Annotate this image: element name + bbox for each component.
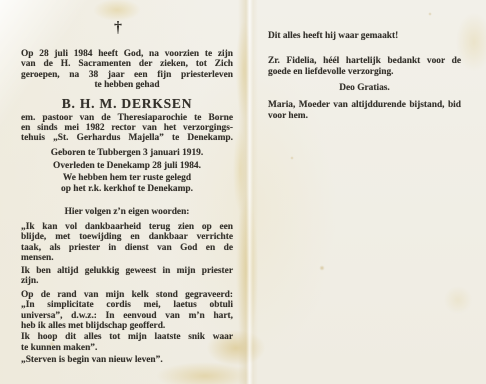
birth-line: Geboren te Tubbergen 3 januari 1919. bbox=[21, 148, 233, 158]
right-page-text-column: Dit alles heeft hij waar gemaakt! Zr. Fi… bbox=[268, 0, 461, 121]
quote-line: Op de rand van mijn kelk stond gegraveer… bbox=[21, 290, 233, 300]
burial-line: We hebben hem ter ruste gelegd bbox=[21, 173, 233, 183]
quote-closing-line: „Sterven is begin van nieuw leven”. bbox=[21, 355, 233, 365]
role-line: en sinds mei 1982 rector van het verzorg… bbox=[21, 123, 233, 133]
maria-paragraph: Maria, Moeder van altijddurende bijstand… bbox=[268, 100, 461, 121]
intro-paragraph: Op 28 juli 1984 heeft God, na voorzien t… bbox=[21, 49, 233, 91]
quote-line: Ik hoop dit alles tot mijn laatste snik … bbox=[21, 332, 233, 342]
thanks-line: goede en liefdevolle verzorging. bbox=[268, 67, 461, 77]
quote-gratitude-paragraph: „Ik kan vol dankbaarheid terug zien op e… bbox=[21, 222, 233, 264]
intro-line: Op 28 juli 1984 heeft God, na voorzien t… bbox=[21, 49, 233, 59]
role-line: em. pastoor van de Theresiaparochie te B… bbox=[21, 113, 233, 123]
death-line: Overleden te Denekamp 28 juli 1984. bbox=[21, 161, 233, 171]
intro-line: geroepen, na 38 jaar een fijn priesterle… bbox=[21, 70, 233, 80]
quote-line: heb ik alles met blijdschap geofferd. bbox=[21, 321, 233, 331]
intro-line: te hebben gehad bbox=[21, 80, 233, 90]
left-page-text-column: † Op 28 juli 1984 heeft God, na voorzien… bbox=[21, 0, 233, 365]
deceased-name: B. H. M. DERKSEN bbox=[21, 96, 233, 111]
quote-line: universa”, d.w.z.: In eenvoud van m’n ha… bbox=[21, 311, 233, 321]
thanks-paragraph: Zr. Fidelia, héél hartelijk bedankt voor… bbox=[268, 56, 461, 77]
quote-line: zijn. bbox=[21, 276, 233, 286]
thanks-line: Zr. Fidelia, héél hartelijk bedankt voor… bbox=[268, 56, 461, 66]
memorial-card-scan: † Op 28 juli 1984 heeft God, na voorzien… bbox=[0, 0, 486, 384]
quote-line: te kunnen maken”. bbox=[21, 343, 233, 353]
quote-line: Ik ben altijd gelukkig geweest in mijn p… bbox=[21, 266, 233, 276]
left-page: † Op 28 juli 1984 heeft God, na voorzien… bbox=[0, 0, 247, 384]
quote-line: mensen. bbox=[21, 253, 233, 263]
quote-line: „Ik kan vol dankbaarheid terug zien op e… bbox=[21, 222, 233, 232]
quote-line: taak, als priester in dienst van God en … bbox=[21, 243, 233, 253]
intro-line: van de H. Sacramenten der zieken, tot Zi… bbox=[21, 59, 233, 69]
quote-happy-paragraph: Ik ben altijd gelukkig geweest in mijn p… bbox=[21, 266, 233, 287]
cross-icon: † bbox=[12, 16, 224, 40]
burial-paragraph: We hebben hem ter ruste gelegd op het r.… bbox=[21, 173, 233, 194]
maria-line: Maria, Moeder van altijddurende bijstand… bbox=[268, 100, 461, 110]
role-paragraph: em. pastoor van de Theresiaparochie te B… bbox=[21, 113, 233, 144]
quote-chalice-paragraph: Op de rand van mijn kelk stond gegraveer… bbox=[21, 290, 233, 332]
maria-line: voor hem. bbox=[268, 111, 461, 121]
burial-line: op het r.k. kerkhof te Denekamp. bbox=[21, 184, 233, 194]
own-words-heading: Hier volgen z’n eigen woorden: bbox=[21, 207, 233, 217]
quote-hope-paragraph: Ik hoop dit alles tot mijn laatste snik … bbox=[21, 332, 233, 353]
fulfilled-line: Dit alles heeft hij waar gemaakt! bbox=[268, 31, 461, 41]
right-page: Dit alles heeft hij waar gemaakt! Zr. Fi… bbox=[247, 0, 486, 384]
deo-gratias-line: Deo Gratias. bbox=[268, 83, 461, 93]
quote-line: blijde, met toewijding en dankbaar verri… bbox=[21, 232, 233, 242]
role-line: tehuis „St. Gerhardus Majella” te Deneka… bbox=[21, 133, 233, 143]
quote-line: „In simplicitate cordis mei, laetus obtu… bbox=[21, 300, 233, 310]
